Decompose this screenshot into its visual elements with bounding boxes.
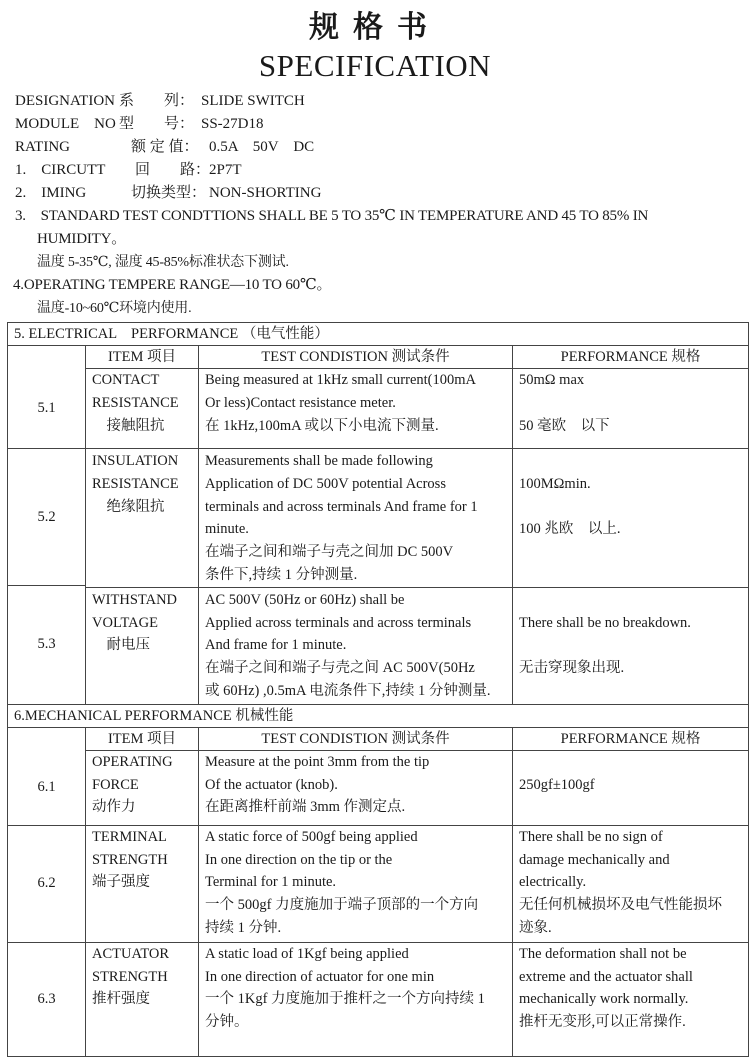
performance-cell-line: extreme and the actuator shall <box>519 966 742 989</box>
performance-cell: There shall be no sign ofdamage mechanic… <box>513 825 749 942</box>
test-condition-cell-line: Measurements shall be made following <box>205 450 506 473</box>
test-condition-cell-line: Terminal for 1 minute. <box>205 871 506 894</box>
performance-cell-line: 无任何机械损坏及电气性能损坏 <box>519 894 742 917</box>
performance-cell-line <box>519 392 742 415</box>
item-cell-line: 耐电压 <box>92 634 192 657</box>
test-condition-cell-line: 在 1kHz,100mA 或以下小电流下测量. <box>205 415 506 438</box>
performance-cell-line: 50mΩ max <box>519 369 742 392</box>
item-cell-line: VOLTAGE <box>92 612 192 635</box>
test-condition-cell-line: 分钟。 <box>205 1011 506 1034</box>
table-row: OPERATINGFORCE动作力Measure at the point 3m… <box>8 750 749 825</box>
row-number-column: 5.15.25.3 <box>8 346 86 705</box>
test-condition-cell-line: 在端子之间和端子与壳之间加 DC 500V <box>205 541 506 564</box>
mechanical-row-numbers: 6.16.26.3 <box>8 728 85 1056</box>
info-label: 2. IMING <box>15 182 131 205</box>
spec-table: 5. ELECTRICAL PERFORMANCE （电气性能）5.15.25.… <box>7 322 749 1057</box>
info-value: SS-27D18 <box>201 113 264 136</box>
performance-cell-line: 迹象. <box>519 917 742 940</box>
item-cell-line: TERMINAL <box>92 826 192 849</box>
item-cell-line: INSULATION <box>92 450 192 473</box>
info-timing: 2. IMING切换类型：NON-SHORTING <box>15 182 321 205</box>
item-cell-line: 端子强度 <box>92 871 192 894</box>
row-number-column: 6.16.26.3 <box>8 727 86 1056</box>
performance-cell-line: damage mechanically and <box>519 849 742 872</box>
document-title-english: SPECIFICATION <box>0 48 750 84</box>
item-cell-line: RESISTANCE <box>92 473 192 496</box>
info-label-cn: 型 号： <box>119 113 201 136</box>
test-condition-cell-line: 持续 1 分钟. <box>205 917 506 940</box>
item-cell: OPERATINGFORCE动作力 <box>86 750 199 825</box>
test-condition-cell-line: A static force of 500gf being applied <box>205 826 506 849</box>
item-cell-line: 动作力 <box>92 796 192 819</box>
item-cell: TERMINALSTRENGTH端子强度 <box>86 825 199 942</box>
electrical-section-row: 5. ELECTRICAL PERFORMANCE （电气性能） <box>8 323 749 346</box>
test-condition-cell-line: 一个 500gf 力度施加于端子顶部的一个方向 <box>205 894 506 917</box>
item-cell-line: STRENGTH <box>92 966 192 989</box>
item-cell-line: OPERATING <box>92 751 192 774</box>
note-4-chinese: 温度-10~60℃环境内使用. <box>15 297 648 320</box>
note-3-line-1: 3. STANDARD TEST CONDTTIONS SHALL BE 5 T… <box>15 205 648 228</box>
row-number: 6.3 <box>8 942 85 1056</box>
performance-cell-line: 250gf±100gf <box>519 774 742 797</box>
item-cell-line: 绝缘阻抗 <box>92 496 192 519</box>
table-row: WITHSTANDVOLTAGE 耐电压AC 500V (50Hz or 60H… <box>8 587 749 704</box>
electrical-section-title: 5. ELECTRICAL PERFORMANCE （电气性能） <box>8 323 749 346</box>
info-value: SLIDE SWITCH <box>201 90 305 113</box>
header-performance: PERFORMANCE 规格 <box>513 727 749 750</box>
test-condition-cell-line: terminals and across terminals And frame… <box>205 496 506 519</box>
note-3-chinese: 温度 5-35℃, 湿度 45-85%标准状态下测试. <box>15 251 648 274</box>
info-value: 0.5A 50V DC <box>209 136 314 159</box>
row-number: 5.3 <box>8 585 85 702</box>
performance-cell-line: There shall be no breakdown. <box>519 612 742 635</box>
info-label-cn: 系 列： <box>119 90 201 113</box>
item-cell: INSULATIONRESISTANCE 绝缘阻抗 <box>86 449 199 588</box>
test-condition-cell-line: Application of DC 500V potential Across <box>205 473 506 496</box>
performance-cell-line <box>519 450 742 473</box>
info-rating: RATING额 定 值：0.5A 50V DC <box>15 136 321 159</box>
performance-cell: 250gf±100gf <box>513 750 749 825</box>
performance-cell-line <box>519 496 742 519</box>
mechanical-section-title: 6.MECHANICAL PERFORMANCE 机械性能 <box>8 704 749 727</box>
performance-cell-line: The deformation shall not be <box>519 943 742 966</box>
header-test: TEST CONDISTION 测试条件 <box>199 346 513 369</box>
test-condition-cell: AC 500V (50Hz or 60Hz) shall beApplied a… <box>199 587 513 704</box>
item-cell-line: FORCE <box>92 774 192 797</box>
test-condition-cell-line: 或 60Hz) ,0.5mA 电流条件下,持续 1 分钟测量. <box>205 680 506 703</box>
performance-cell: 50mΩ max 50 毫欧 以下 <box>513 369 749 449</box>
header-test: TEST CONDISTION 测试条件 <box>199 727 513 750</box>
info-label: DESIGNATION <box>15 90 119 113</box>
header-item: ITEM 项目 <box>86 727 199 750</box>
test-condition-cell-line: And frame for 1 minute. <box>205 634 506 657</box>
row-number: 5.1 <box>8 368 85 448</box>
test-condition-cell-line: 在距离推杆前端 3mm 作测定点. <box>205 796 506 819</box>
electrical-row-numbers: 5.15.25.3 <box>8 346 85 702</box>
info-label-cn: 额 定 值： <box>131 136 209 159</box>
item-cell-line: RESISTANCE <box>92 392 192 415</box>
test-condition-cell-line: 一个 1Kgf 力度施加于推杆之一个方向持续 1 <box>205 988 506 1011</box>
test-condition-cell-line: Of the actuator (knob). <box>205 774 506 797</box>
performance-cell-line: 推杆无变形,可以正常操作. <box>519 1011 742 1034</box>
performance-cell-line <box>519 751 742 774</box>
info-value: NON-SHORTING <box>209 182 321 205</box>
info-label: RATING <box>15 136 131 159</box>
performance-cell-line: 无击穿现象出现. <box>519 657 742 680</box>
performance-cell-line: 50 毫欧 以下 <box>519 415 742 438</box>
test-condition-cell: A static force of 500gf being appliedIn … <box>199 825 513 942</box>
test-condition-cell-line: minute. <box>205 518 506 541</box>
item-cell: CONTACTRESISTANCE 接触阻抗 <box>86 369 199 449</box>
notes-block: 3. STANDARD TEST CONDTTIONS SHALL BE 5 T… <box>15 205 648 320</box>
test-condition-cell-line: Being measured at 1kHz small current(100… <box>205 369 506 392</box>
info-label: 1. CIRCUTT <box>15 159 135 182</box>
test-condition-cell-line: 在端子之间和端子与壳之间 AC 500V(50Hz <box>205 657 506 680</box>
row-number: 5.2 <box>8 448 85 585</box>
item-cell-line: 推杆强度 <box>92 988 192 1011</box>
row-number: 6.2 <box>8 825 85 942</box>
item-cell: WITHSTANDVOLTAGE 耐电压 <box>86 587 199 704</box>
performance-cell-line <box>519 589 742 612</box>
row-number: 6.1 <box>8 750 85 825</box>
test-condition-cell: A static load of 1Kgf being appliedIn on… <box>199 942 513 1056</box>
item-cell-line: ACTUATOR <box>92 943 192 966</box>
test-condition-cell-line: In one direction of actuator for one min <box>205 966 506 989</box>
test-condition-cell: Measure at the point 3mm from the tipOf … <box>199 750 513 825</box>
item-cell-line: WITHSTAND <box>92 589 192 612</box>
item-cell-line: CONTACT <box>92 369 192 392</box>
note-4: 4.OPERATING TEMPERE RANGE—10 TO 60℃。 <box>13 274 648 297</box>
document-title-chinese: 规格书 <box>0 2 750 46</box>
performance-cell-line: 100 兆欧 以上. <box>519 518 742 541</box>
electrical-header-row: 5.15.25.3ITEM 项目TEST CONDISTION 测试条件PERF… <box>8 346 749 369</box>
test-condition-cell: Measurements shall be made followingAppl… <box>199 449 513 588</box>
table-row: CONTACTRESISTANCE 接触阻抗Being measured at … <box>8 369 749 449</box>
info-label-cn: 切换类型： <box>131 182 209 205</box>
info-block: DESIGNATION系 列：SLIDE SWITCH MODULE NO型 号… <box>15 90 321 205</box>
test-condition-cell-line: Measure at the point 3mm from the tip <box>205 751 506 774</box>
test-condition-cell-line: A static load of 1Kgf being applied <box>205 943 506 966</box>
info-designation: DESIGNATION系 列：SLIDE SWITCH <box>15 90 321 113</box>
item-cell: ACTUATORSTRENGTH推杆强度 <box>86 942 199 1056</box>
test-condition-cell-line: In one direction on the tip or the <box>205 849 506 872</box>
info-circuit: 1. CIRCUTT回 路：2P7T <box>15 159 321 182</box>
performance-cell-line: There shall be no sign of <box>519 826 742 849</box>
performance-cell: The deformation shall not beextreme and … <box>513 942 749 1056</box>
table-row: INSULATIONRESISTANCE 绝缘阻抗Measurements sh… <box>8 449 749 588</box>
info-label: MODULE NO <box>15 113 119 136</box>
table-row: TERMINALSTRENGTH端子强度A static force of 50… <box>8 825 749 942</box>
test-condition-cell-line: AC 500V (50Hz or 60Hz) shall be <box>205 589 506 612</box>
header-performance: PERFORMANCE 规格 <box>513 346 749 369</box>
test-condition-cell: Being measured at 1kHz small current(100… <box>199 369 513 449</box>
table-row: ACTUATORSTRENGTH推杆强度A static load of 1Kg… <box>8 942 749 1056</box>
mechanical-header-row: 6.16.26.3ITEM 项目TEST CONDISTION 测试条件PERF… <box>8 727 749 750</box>
performance-cell-line <box>519 634 742 657</box>
info-label-cn: 回 路： <box>135 159 209 182</box>
performance-cell-line: mechanically work normally. <box>519 988 742 1011</box>
performance-cell-line: 100MΩmin. <box>519 473 742 496</box>
info-module-no: MODULE NO型 号：SS-27D18 <box>15 113 321 136</box>
performance-cell: 100MΩmin. 100 兆欧 以上. <box>513 449 749 588</box>
note-3-line-2: HUMIDITY。 <box>15 228 648 251</box>
performance-cell: There shall be no breakdown. 无击穿现象出现. <box>513 587 749 704</box>
item-cell-line: STRENGTH <box>92 849 192 872</box>
item-cell-line: 接触阻抗 <box>92 415 192 438</box>
mechanical-section-row: 6.MECHANICAL PERFORMANCE 机械性能 <box>8 704 749 727</box>
info-value: 2P7T <box>209 159 242 182</box>
test-condition-cell-line: Applied across terminals and across term… <box>205 612 506 635</box>
header-item: ITEM 项目 <box>86 346 199 369</box>
test-condition-cell-line: Or less)Contact resistance meter. <box>205 392 506 415</box>
test-condition-cell-line: 条件下,持续 1 分钟测量. <box>205 564 506 587</box>
performance-cell-line: electrically. <box>519 871 742 894</box>
